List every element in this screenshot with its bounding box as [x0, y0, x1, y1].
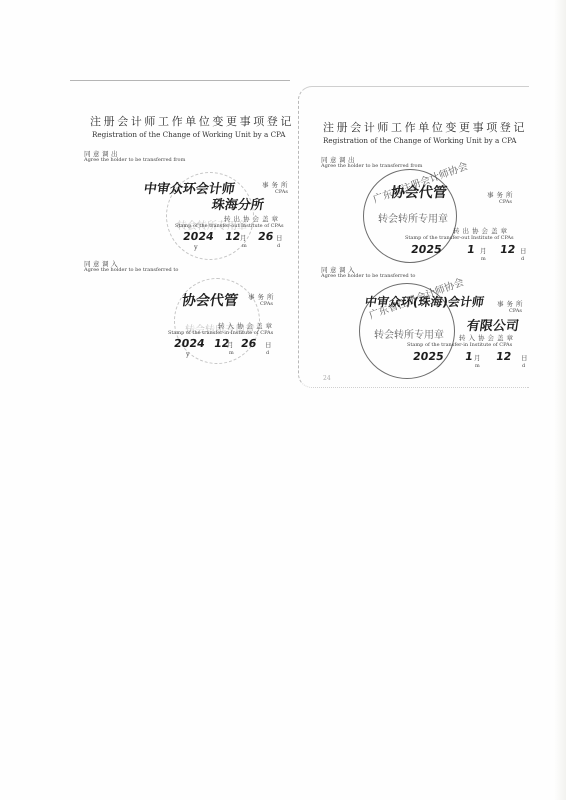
transfer-in-day: 26	[240, 337, 257, 350]
out-stamp-label-cn: 转出协会盖章	[453, 226, 510, 235]
form-title-cn: 注册会计师工作单位变更事项登记	[90, 113, 294, 129]
form-title-cn: 注册会计师工作单位变更事项登记	[323, 119, 527, 135]
stamp-center-text: 转会转所专用章	[374, 326, 444, 341]
day-label-en: d	[521, 256, 524, 262]
month-label-cn: 月	[240, 233, 250, 242]
firm-label-en: CPAs	[499, 199, 512, 205]
out-stamp-label-cn: 转出协会盖章	[224, 214, 281, 223]
firm-label-en: CPAs	[275, 189, 288, 195]
form-title-en: Registration of the Change of Working Un…	[323, 136, 516, 145]
transfer-out-month: 12	[224, 230, 241, 243]
month-label-en: m	[242, 243, 247, 249]
firm-label-cn: 事务所	[497, 299, 526, 308]
year-label: y	[194, 243, 201, 251]
month-label-en: m	[229, 350, 234, 356]
day-label-en: d	[277, 243, 280, 249]
month-label-en: m	[475, 363, 480, 369]
month-label-en: m	[481, 256, 486, 262]
year-label: y	[186, 350, 193, 358]
registration-page-left: 注册会计师工作单位变更事项登记 Registration of the Chan…	[62, 80, 292, 380]
stamp-center-text: 转会转所专用章	[378, 210, 448, 225]
transfer-out-year: 2025	[410, 243, 442, 256]
transfer-in-firm-handwritten: 中审众环(珠海)会计师	[364, 293, 485, 310]
day-label-cn: 日	[520, 246, 530, 255]
in-stamp-label-cn: 转入协会盖章	[459, 333, 516, 342]
transfer-out-label-en: Agree the holder to be transferred from	[84, 157, 185, 163]
transfer-in-year: 2025	[412, 350, 444, 363]
firm-label-en: CPAs	[509, 308, 522, 314]
day-label-cn: 日	[276, 233, 286, 242]
transfer-in-day: 12	[495, 350, 512, 363]
transfer-in-firm-suffix-handwritten: 有限公司	[466, 315, 521, 334]
day-label-en: d	[522, 363, 525, 369]
month-label-cn: 月	[474, 353, 484, 362]
firm-label-cn: 事务所	[487, 190, 516, 199]
registration-page-right: 注册会计师工作单位变更事项登记 Registration of the Chan…	[298, 86, 529, 388]
transfer-out-day: 12	[499, 243, 516, 256]
scan-shadow	[554, 0, 566, 800]
in-stamp-label-en: Stamp of the transfer-in Institute of CP…	[407, 342, 512, 348]
transfer-out-month: 1	[466, 243, 475, 256]
day-label-cn: 日	[265, 340, 275, 349]
transfer-in-firm-handwritten: 协会代管	[181, 290, 240, 310]
transfer-out-firm-handwritten: 协会代管	[390, 182, 449, 202]
out-stamp-label-en: Stamp of the transfer-out Institute of C…	[175, 223, 284, 229]
transfer-in-label-en: Agree the holder to be transferred to	[84, 267, 178, 273]
day-label-cn: 日	[521, 353, 531, 362]
scanned-page: 注册会计师工作单位变更事项登记 Registration of the Chan…	[0, 0, 566, 800]
page-number: 24	[323, 375, 331, 382]
transfer-out-day: 26	[257, 230, 274, 243]
transfer-in-label-en: Agree the holder to be transferred to	[321, 273, 415, 279]
day-label-en: d	[266, 350, 269, 356]
firm-label-cn: 事务所	[248, 292, 277, 301]
transfer-out-year: 2024	[182, 230, 214, 243]
month-label-cn: 月	[227, 340, 237, 349]
form-title-en: Registration of the Change of Working Un…	[92, 130, 285, 139]
firm-label-cn: 事务所	[262, 180, 291, 189]
month-label-cn: 月	[480, 246, 490, 255]
firm-label-en: CPAs	[260, 301, 273, 307]
transfer-in-month: 1	[464, 350, 473, 363]
transfer-out-branch-handwritten: 珠海分所	[211, 194, 266, 213]
in-stamp-label-en: Stamp of the transfer-in Institute of CP…	[168, 330, 273, 336]
out-stamp-label-en: Stamp of the transfer-out Institute of C…	[405, 235, 514, 241]
in-stamp-label-cn: 转入协会盖章	[218, 321, 275, 330]
transfer-in-year: 2024	[173, 337, 205, 350]
